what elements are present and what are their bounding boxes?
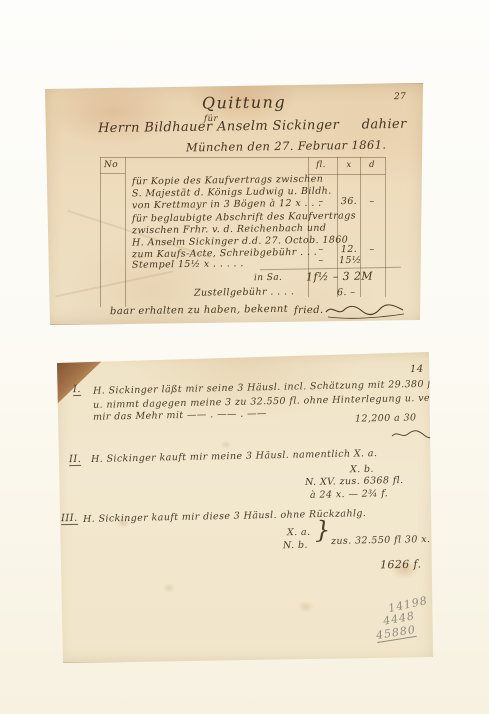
paragraph-numeral: I. bbox=[73, 384, 81, 396]
paragraph-line: mir das Mehr mit —— . —— . —— bbox=[93, 408, 267, 423]
recipient-place: dahier bbox=[362, 117, 407, 133]
note-paper: 14 I. H. Sickinger läßt mir seine 3 Häus… bbox=[55, 351, 435, 663]
paragraph-numeral: III. bbox=[61, 513, 78, 525]
table-no-underline bbox=[100, 173, 125, 174]
table-no-rule bbox=[125, 157, 126, 307]
footer-acknowledgement: baar erhalten zu haben, bekennt bbox=[110, 304, 288, 317]
recipient-name: Herrn Bildhauer Anselm Sickinger bbox=[98, 118, 339, 136]
amount-cell-x: 12. bbox=[339, 244, 359, 255]
flourish-scribble bbox=[390, 427, 440, 441]
sum-label: in Sa. bbox=[254, 273, 282, 284]
paragraph-line: H. Sickinger kauft mir meine 3 Häusl. na… bbox=[91, 448, 378, 465]
brace-glyph: } bbox=[315, 525, 331, 536]
table-col-header-d: d bbox=[361, 160, 383, 171]
line-item-text: von Krettmayr in 3 Bögen à 12 x . . . bbox=[132, 198, 322, 212]
paragraph-value: 12,200 a 30 bbox=[355, 412, 417, 424]
receipt-paper-1861: 27 Quittung für Herrn Bildhauer Anselm S… bbox=[44, 83, 426, 325]
paragraph-numeral: II. bbox=[69, 454, 82, 466]
paper-crease bbox=[55, 271, 173, 297]
signature-prefix: fried. bbox=[294, 305, 324, 316]
fee-label: Zustellgebühr . . . . bbox=[194, 286, 294, 298]
table-top-rule bbox=[100, 157, 385, 158]
amount-cell-d: – bbox=[361, 244, 383, 255]
folio-number: 27 bbox=[394, 92, 406, 103]
recipient-line: Herrn Bildhauer Anselm Sickinger dahier bbox=[98, 119, 407, 134]
table-left-rule bbox=[100, 157, 101, 307]
paragraph-subline: N. XV. zus. 6368 fl. bbox=[305, 475, 404, 488]
paragraph-subline: X. b. bbox=[350, 464, 374, 475]
amount-cell-fl: – bbox=[309, 255, 333, 266]
brace-item-b: N. b. bbox=[283, 540, 308, 552]
photo-of-documents: 27 Quittung für Herrn Bildhauer Anselm S… bbox=[0, 0, 489, 714]
table-col-header-no: No bbox=[104, 160, 118, 171]
amount-cell-fl: – bbox=[309, 196, 333, 207]
table-right-rule bbox=[385, 157, 386, 297]
paragraph-value: 1626 f. bbox=[380, 559, 422, 571]
fee-value: 6. – bbox=[337, 287, 367, 298]
table-col-header-x: x bbox=[339, 160, 359, 171]
signature-scribble bbox=[324, 302, 406, 320]
date-line: München den 27. Februar 1861. bbox=[186, 140, 387, 154]
pencil-number-underlined: 45880 bbox=[375, 623, 417, 643]
brace-item-a: X. a. bbox=[287, 527, 311, 538]
amount-cell-x: 15½ bbox=[339, 255, 359, 266]
line-item-text: Stempel 15½ x . . . . . bbox=[132, 258, 244, 271]
sum-value: 1f½ – 3 2M bbox=[306, 271, 373, 283]
amount-cell-x: 36. bbox=[339, 196, 359, 207]
folio-number: 14 bbox=[410, 364, 424, 375]
document-title: Quittung bbox=[184, 96, 304, 109]
brace-sum: zus. 32.550 fl 30 x. bbox=[331, 534, 431, 547]
paragraph-subline: à 24 x. — 2¾ f. bbox=[310, 488, 388, 501]
amount-cell-d: – bbox=[361, 196, 383, 207]
amount-cell-fl: – bbox=[309, 244, 333, 255]
table-col-header-fl: fl. bbox=[309, 160, 333, 171]
